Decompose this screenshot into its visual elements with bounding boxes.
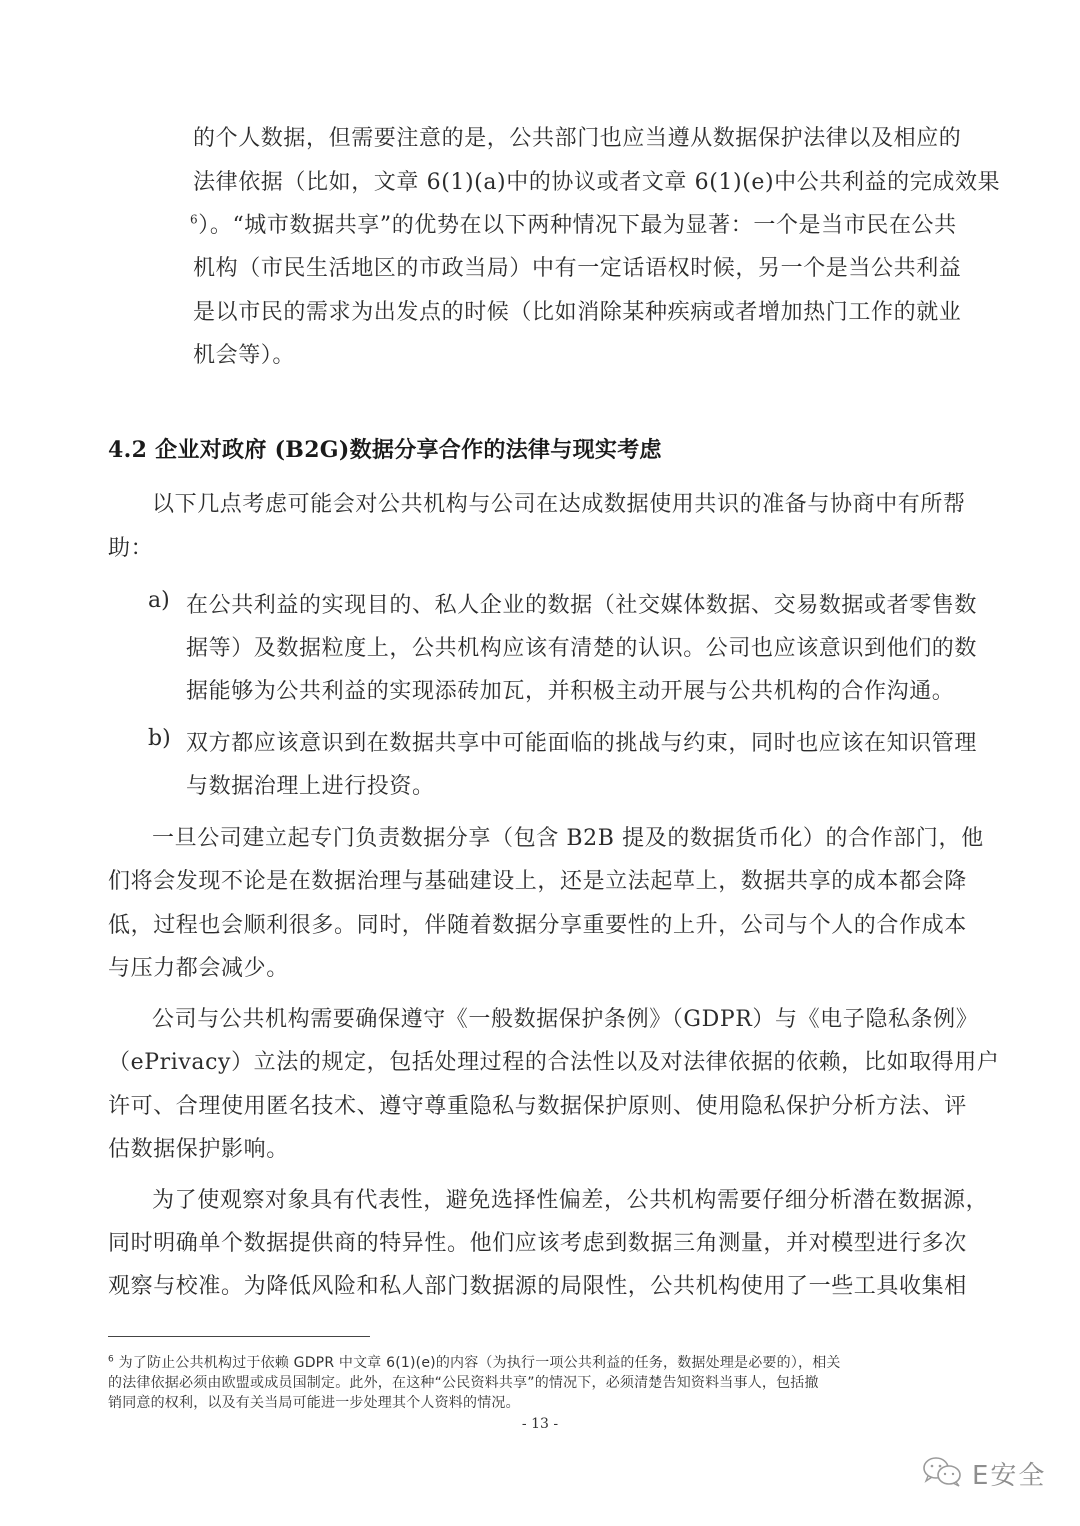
list-item-line: 双方都应该意识到在数据共享中可能面临的挑战与约束，同时也应该在知识管理: [186, 726, 977, 757]
paragraph-line: 低，过程也会顺利很多。同时，伴随着数据分享重要性的上升，公司与个人的合作成本: [108, 908, 967, 939]
paragraph-line: 机构（市民生活地区的市政当局）中有一定话语权时候，另一个是当公共利益: [193, 251, 961, 282]
intro-line: 助：: [108, 531, 153, 562]
list-marker-a: a): [148, 588, 170, 613]
list-item-line: 在公共利益的实现目的、私人企业的数据（社交媒体数据、交易数据或者零售数: [186, 588, 977, 619]
paragraph-line: 一旦公司建立起专门负责数据分享（包含 B2B 提及的数据货币化）的合作部门，他: [152, 821, 984, 852]
paragraph-line: 观察与校准。为降低风险和私人部门数据源的局限性，公共机构使用了一些工具收集相: [108, 1269, 967, 1300]
document-page: 的个人数据，但需要注意的是，公共部门也应当遵从数据保护法律以及相应的 法律依据（…: [0, 0, 1080, 1526]
paragraph-line: 是以市民的需求为出发点的时候（比如消除某种疾病或者增加热门工作的就业: [193, 295, 961, 326]
list-item-line: 据能够为公共利益的实现添砖加瓦，并积极主动开展与公共机构的合作沟通。: [186, 674, 954, 705]
paragraph-line: 6）。“城市数据共享”的优势在以下两种情况下最为显著：一个是当市民在公共: [190, 208, 957, 239]
paragraph-line: （ePrivacy）立法的规定，包括处理过程的合法性以及对法律依据的依赖，比如取…: [108, 1045, 999, 1076]
paragraph-line: 为了使观察对象具有代表性，避免选择性偏差，公共机构需要仔细分析潜在数据源，: [152, 1183, 988, 1214]
paragraph-line: 与压力都会减少。: [108, 951, 289, 982]
paragraph-line: 许可、合理使用匿名技术、遵守尊重隐私与数据保护原则、使用隐私保护分析方法、评: [108, 1089, 967, 1120]
wechat-icon: [922, 1456, 964, 1492]
intro-line: 以下几点考虑可能会对公共机构与公司在达成数据使用共识的准备与协商中有所帮: [152, 487, 966, 518]
list-marker-b: b): [148, 726, 171, 751]
section-heading: 4.2 企业对政府 (B2G)数据分享合作的法律与现实考虑: [108, 433, 662, 464]
footnote-number: 6: [108, 1354, 114, 1364]
page-number: - 13 -: [0, 1416, 1080, 1432]
paragraph-line: 同时明确单个数据提供商的特异性。他们应该考虑到数据三角测量，并对模型进行多次: [108, 1226, 967, 1257]
paragraph-line: 机会等）。: [193, 338, 295, 369]
paragraph-line: 们将会发现不论是在数据治理与基础建设上，还是立法起草上，数据共享的成本都会降: [108, 864, 967, 895]
footnote-line: 的法律依据必须由欧盟或成员国制定。此外，在这种“公民资料共享”的情况下，必须清楚…: [108, 1372, 819, 1392]
paragraph-line: 公司与公共机构需要确保遵守《一般数据保护条例》（GDPR）与《电子隐私条例》: [152, 1002, 978, 1033]
paragraph-line: 的个人数据，但需要注意的是，公共部门也应当遵从数据保护法律以及相应的: [193, 121, 961, 152]
paragraph-line: 法律依据（比如，文章 6(1)(a)中的协议或者文章 6(1)(e)中公共利益的…: [193, 165, 1000, 196]
list-item-line: 与数据治理上进行投资。: [186, 769, 435, 800]
watermark-text: E安全: [972, 1455, 1046, 1492]
paragraph-line: 估数据保护影响。: [108, 1132, 289, 1163]
footnote-ref[interactable]: 6: [190, 213, 198, 227]
footnote-line: 6 为了防止公共机构过于依赖 GDPR 中文章 6(1)(e)的内容（为执行一项…: [108, 1352, 841, 1372]
footnote-divider: [108, 1336, 370, 1337]
watermark: E安全: [922, 1455, 1046, 1492]
list-item-line: 据等）及数据粒度上，公共机构应该有清楚的认识。公司也应该意识到他们的数: [186, 631, 977, 662]
footnote-line: 销同意的权利，以及有关当局可能进一步处理其个人资料的情况。: [108, 1392, 520, 1412]
